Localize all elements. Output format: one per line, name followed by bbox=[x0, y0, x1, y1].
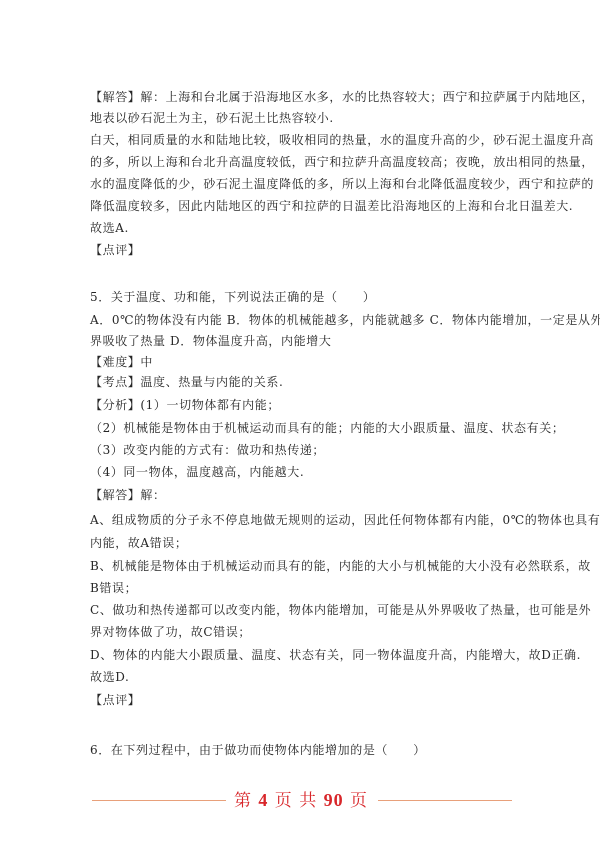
current-page-number: 4 bbox=[258, 790, 268, 810]
answer-option-c: 界对物体做了功，故C错误； bbox=[90, 625, 251, 639]
answer-option-a: 内能，故A错误； bbox=[90, 536, 187, 550]
analysis-line: （3）改变内能的方式有：做功和热传递； bbox=[90, 443, 325, 457]
answer-option-c: C、做功和热传递都可以改变内能，物体内能增加，可能是从外界吸收了热量，也可能是外 bbox=[90, 603, 591, 617]
answer-text-line: 的多，所以上海和台北升高温度较低，西宁和拉萨升高温度较高；夜晚，放出相同的热量， bbox=[90, 155, 594, 169]
difficulty-label: 【难度】中 bbox=[90, 355, 153, 369]
total-pages-number: 90 bbox=[324, 790, 344, 810]
question-5-options: A．0℃的物体没有内能 B．物体的机械能越多，内能就越多 C．物体内能增加，一定… bbox=[90, 313, 600, 327]
footer-middle: 页 共 bbox=[275, 791, 317, 811]
knowledge-point: 【考点】温度、热量与内能的关系. bbox=[90, 375, 283, 389]
answer-text-line: 地表以砂石泥土为主，砂石泥土比热容较小. bbox=[90, 111, 334, 125]
analysis-line: （2）机械能是物体由于机械运动而具有的能；内能的大小跟质量、温度、状态有关； bbox=[90, 421, 564, 435]
answer-heading: 【解答】解：上海和台北属于沿海地区水多，水的比热容较大；西宁和拉萨属于内陆地区， bbox=[90, 90, 594, 104]
footer-prefix: 第 bbox=[234, 791, 252, 811]
answer-option-b: B、机械能是物体由于机械运动而具有的能，内能的大小与机械能的大小没有必然联系，故 bbox=[90, 559, 591, 573]
answer-heading: 【解答】解： bbox=[90, 488, 166, 502]
page-number-label: 第 4 页 共 90 页 bbox=[226, 787, 376, 814]
footer-rule-left bbox=[92, 800, 226, 801]
analysis-line: 【分析】(1）一切物体都有内能； bbox=[90, 398, 280, 412]
question-5-stem: 5．关于温度、功和能，下列说法正确的是（ ） bbox=[90, 290, 375, 304]
answer-choice: 故选D. bbox=[90, 670, 129, 684]
answer-text-line: 降低温度较多，因此内陆地区的西宁和拉萨的日温差比沿海地区的上海和台北日温差大. bbox=[90, 199, 573, 213]
answer-choice: 故选A. bbox=[90, 221, 129, 235]
review-heading: 【点评】 bbox=[90, 243, 140, 257]
answer-option-d: D、物体的内能大小跟质量、温度、状态有关，同一物体温度升高，内能增大，故D正确. bbox=[90, 648, 581, 662]
analysis-line: （4）同一物体，温度越高，内能越大. bbox=[90, 465, 304, 479]
answer-text-line: 白天，相同质量的水和陆地比较，吸收相同的热量，水的温度升高的少，砂石泥土温度升高 bbox=[90, 133, 594, 147]
review-heading: 【点评】 bbox=[90, 693, 140, 707]
question-6-stem: 6．在下列过程中，由于做功而使物体内能增加的是（ ） bbox=[90, 743, 426, 757]
answer-option-a: A、组成物质的分子永不停息地做无规则的运动，因此任何物体都有内能，0℃的物体也具… bbox=[90, 513, 600, 527]
footer-suffix: 页 bbox=[350, 791, 368, 811]
answer-text-line: 水的温度降低的少，砂石泥土温度降低的多，所以上海和台北降低温度较少，西宁和拉萨的 bbox=[90, 177, 594, 191]
question-5-options: 界吸收了热量 D．物体温度升高，内能增大 bbox=[90, 334, 331, 348]
footer-rule-right bbox=[378, 800, 512, 801]
answer-option-b: B错误； bbox=[90, 581, 137, 595]
